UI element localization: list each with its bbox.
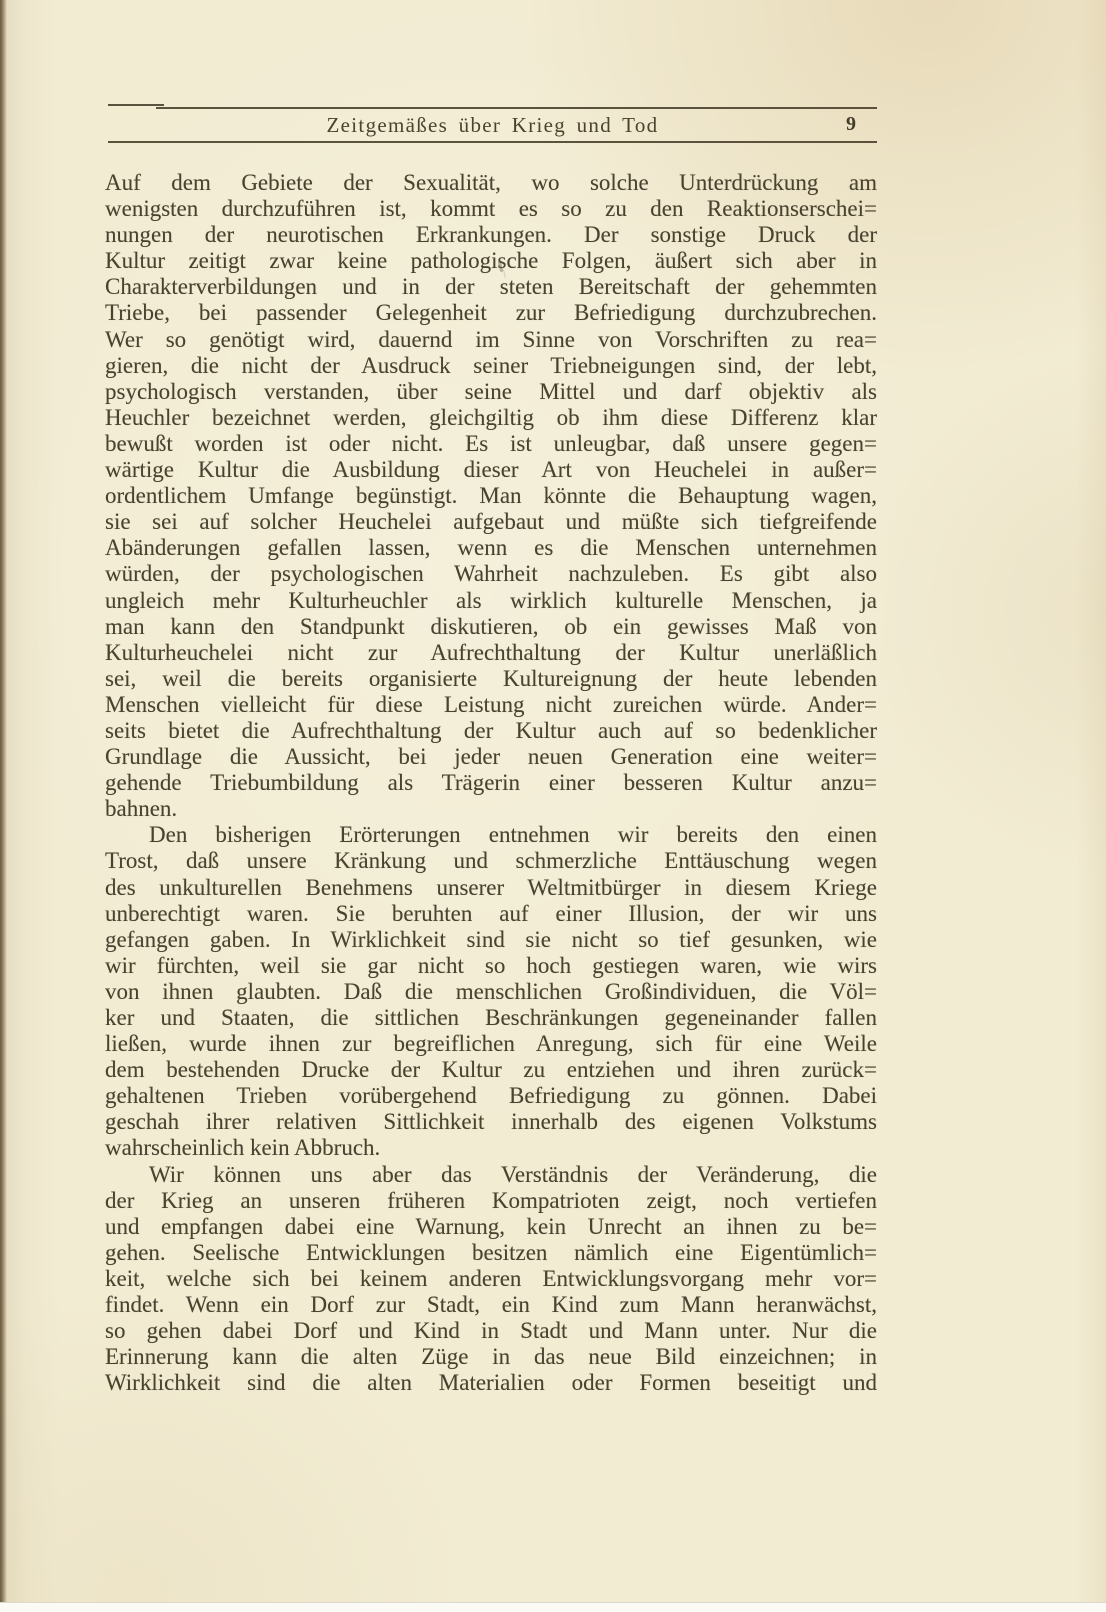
running-head-row: Zeitgemäßes über Krieg und Tod 9 — [108, 109, 877, 141]
text-line: dem bestehenden Drucke der Kultur zu ent… — [105, 1057, 877, 1083]
text-line: Charakterverbildungen und in der steten … — [105, 274, 877, 300]
text-line: und empfangen dabei eine Warnung, kein U… — [105, 1214, 877, 1240]
text-line: Heuchler bezeichnet werden, gleichgiltig… — [105, 405, 877, 431]
text-line: findet. Wenn ein Dorf zur Stadt, ein Kin… — [105, 1292, 877, 1318]
book-page: Zeitgemäßes über Krieg und Tod 9 Auf dem… — [0, 0, 1106, 1612]
text-line: geschah ihrer relativen Sittlichkeit inn… — [105, 1109, 877, 1135]
page-left-edge — [0, 0, 7, 1604]
text-line: sei, weil die bereits organisierte Kultu… — [105, 666, 877, 692]
page-number: 9 — [846, 113, 856, 136]
text-line: seits bietet die Aufrechthaltung der Kul… — [105, 718, 877, 744]
text-line: würden, der psychologischen Wahrheit nac… — [105, 561, 877, 587]
text-line: sie sei auf solcher Heuchelei aufgebaut … — [105, 509, 877, 535]
text-line: nungen der neurotischen Erkrankungen. De… — [105, 222, 877, 248]
text-line: bewußt worden ist oder nicht. Es ist unl… — [105, 431, 877, 457]
text-line: ließen, wurde ihnen zur begreiflichen An… — [105, 1031, 877, 1057]
text-line: des unkulturellen Benehmens unserer Welt… — [105, 875, 877, 901]
text-line: gieren, die nicht der Ausdruck seiner Tr… — [105, 353, 877, 379]
text-line: wenigsten durchzuführen ist, kommt es so… — [105, 196, 877, 222]
text-line: Grundlage die Aussicht, bei jeder neuen … — [105, 744, 877, 770]
text-line: Auf dem Gebiete der Sexualität, wo solch… — [105, 170, 877, 196]
text-line: der Krieg an unseren früheren Kompatriot… — [105, 1188, 877, 1214]
header-rule-top-segment-left — [108, 104, 164, 106]
text-line: bahnen. — [105, 796, 877, 822]
text-line: psychologisch verstanden, über seine Mit… — [105, 379, 877, 405]
body-text: Auf dem Gebiete der Sexualität, wo solch… — [105, 170, 877, 1396]
text-line: gehen. Seelische Entwicklungen besitzen … — [105, 1240, 877, 1266]
text-line: gehende Triebumbildung als Trägerin eine… — [105, 770, 877, 796]
text-line: gehaltenen Trieben vorübergehend Befried… — [105, 1083, 877, 1109]
text-line: gefangen gaben. In Wirklichkeit sind sie… — [105, 927, 877, 953]
text-line: Den bisherigen Erörterungen entnehmen wi… — [105, 822, 877, 848]
text-line: Abänderungen gefallen lassen, wenn es di… — [105, 535, 877, 561]
text-line: so gehen dabei Dorf und Kind in Stadt un… — [105, 1318, 877, 1344]
text-line: wärtige Kultur die Ausbildung dieser Art… — [105, 457, 877, 483]
text-line: ungleich mehr Kulturheuchler als wirklic… — [105, 588, 877, 614]
text-line: man kann den Standpunkt diskutieren, ob … — [105, 614, 877, 640]
text-line: Menschen vielleicht für diese Leistung n… — [105, 692, 877, 718]
text-line: ker und Staaten, die sittlichen Beschrän… — [105, 1005, 877, 1031]
text-line: unberechtigt waren. Sie beruhten auf ein… — [105, 901, 877, 927]
text-line: wahrscheinlich kein Abbruch. — [105, 1135, 877, 1161]
running-head-title: Zeitgemäßes über Krieg und Tod — [327, 113, 659, 138]
text-line: von ihnen glaubten. Daß die menschlichen… — [105, 979, 877, 1005]
text-line: keit, welche sich bei keinem anderen Ent… — [105, 1266, 877, 1292]
text-line: Kulturheuchelei nicht zur Aufrechthaltun… — [105, 640, 877, 666]
text-line: Wirklichkeit sind die alten Materialien … — [105, 1370, 877, 1396]
text-line: wir fürchten, weil sie gar nicht so hoch… — [105, 953, 877, 979]
text-line: Wir können uns aber das Verständnis der … — [105, 1162, 877, 1188]
text-line: Kultur zeitigt zwar keine pathologische … — [105, 248, 877, 274]
page-bottom-edge — [0, 1602, 1106, 1612]
text-line: Triebe, bei passender Gelegenheit zur Be… — [105, 300, 877, 326]
header-rule-bottom — [108, 141, 877, 143]
text-line: Erinnerung kann die alten Züge in das ne… — [105, 1344, 877, 1370]
running-head: Zeitgemäßes über Krieg und Tod 9 — [108, 104, 877, 143]
text-line: Trost, daß unsere Kränkung und schmerzli… — [105, 848, 877, 874]
text-line: ordentlichem Umfange begünstigt. Man kön… — [105, 483, 877, 509]
text-line: Wer so genötigt wird, dauernd im Sinne v… — [105, 327, 877, 353]
